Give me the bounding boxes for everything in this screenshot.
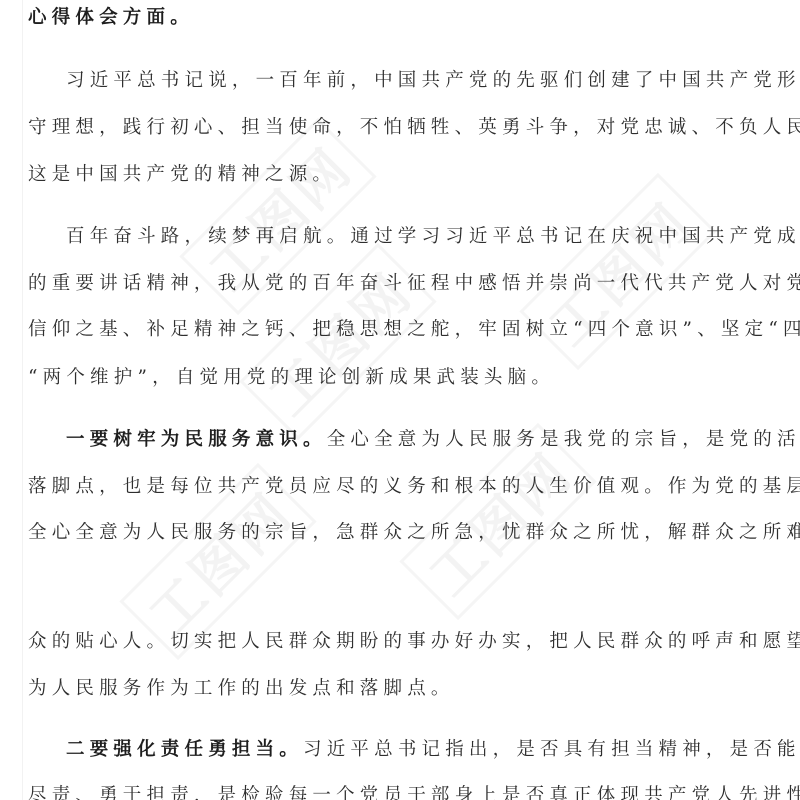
paragraph-line: 落脚点，也是每位共产党员应尽的义务和根本的人生价值观。作为党的基层干部，要时刻牢…: [28, 475, 780, 499]
paragraph-line: 这是中国共产党的精神之源。: [28, 163, 780, 187]
line-text: 习近平总书记指出，是否具有担当精神，是否能够忠诚履责，尽心: [303, 739, 800, 760]
paragraph-line: 的重要讲话精神，我从党的百年奋斗征程中感悟并崇尚一代代共产党人对党忠诚的大德，筑…: [28, 272, 780, 296]
paragraph-line: 百年奋斗路，续梦再启航。通过学习习近平总书记在庆祝中国共产党成立 100 周年大…: [66, 225, 800, 249]
paragraph-line: “两个维护”，自觉用党的理论创新成果武装头脑。: [28, 366, 780, 390]
bold-lead-text: 二要强化责任勇担当。: [66, 739, 303, 760]
paragraph-line-with-bold-lead: 一要树牢为民服务意识。全心全意为人民服务是我党的宗旨，是党的活动的根本出发点和: [66, 428, 800, 452]
paragraph-line: 众的贴心人。切实把人民群众期盼的事办好办实，把人民群众的呼声和愿望作为第一信号，…: [28, 630, 780, 654]
paragraph-line: 信仰之基、补足精神之钙、把稳思想之舵，牢固树立“四个意识”、坚定“四个自信”、做…: [28, 318, 780, 342]
bold-lead-text: 一要树牢为民服务意识。: [66, 429, 327, 450]
section-heading-continued: 心得体会方面。: [28, 6, 780, 30]
paragraph-line-cutoff: 尽责、勇于担责，是检验每一个党员干部身上是否真正体现共产党人先进性和纯洁性的重要…: [28, 784, 780, 800]
paragraph-line: 习近平总书记说，一百年前，中国共产党的先驱们创建了中国共产党形成了坚持真理、坚: [66, 69, 800, 93]
paragraph-line: 为人民服务作为工作的出发点和落脚点。: [28, 677, 780, 701]
line-text: 全心全意为人民服务是我党的宗旨，是党的活动的根本出发点和: [327, 429, 800, 450]
page-edge-line: [22, 0, 23, 800]
paragraph-line-with-bold-lead: 二要强化责任勇担当。习近平总书记指出，是否具有担当精神，是否能够忠诚履责，尽心: [66, 738, 800, 762]
document-page: 工图网 工图网 工图网 工图网 工图网 心得体会方面。 习近平总书记说，一百年前…: [0, 0, 800, 800]
paragraph-line: 全心全意为人民服务的宗旨，急群众之所急，忧群众之所忧，解群众之所难，努力当好人民…: [28, 521, 780, 545]
paragraph-line: 守理想，践行初心、担当使命，不怕牺牲、英勇斗争，对党忠诚、不负人民的伟大建党精神…: [28, 116, 780, 140]
